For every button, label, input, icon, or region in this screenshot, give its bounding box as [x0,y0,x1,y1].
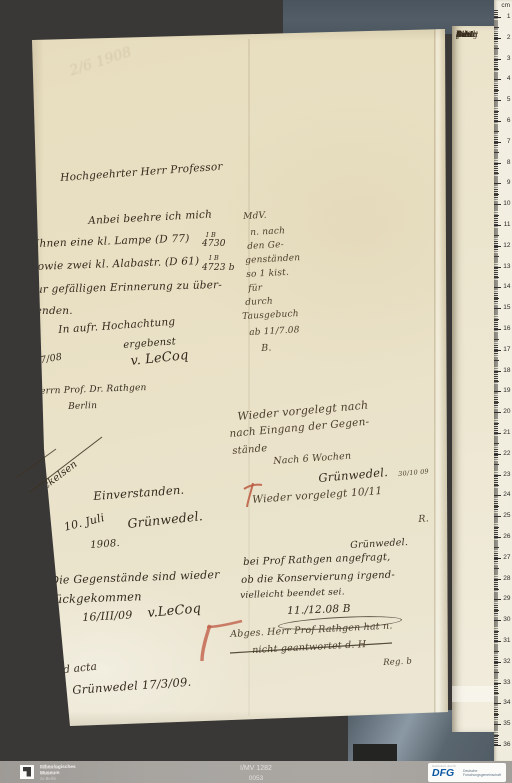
ruler-cm-number: 27 [503,555,510,562]
ruler-half-tick [494,277,499,278]
ruler-half-tick [494,547,499,548]
ruler-cm-number: 2 [507,35,511,42]
ruler-half-tick [494,381,499,382]
ruler: cm 1234567891011121314151617181920212223… [494,0,512,762]
side-note: B. [261,343,272,353]
ruler-cm-number: 34 [503,700,510,707]
ruler-half-tick [494,735,499,736]
ruler-cm-tick [494,121,501,122]
inventory-ib2-label: I B [209,255,219,262]
ruler-cm-number: 17 [503,347,510,354]
ruler-half-tick [494,215,499,216]
ruler-cm-tick [494,537,501,538]
ruler-cm-number: 6 [507,118,511,125]
ruler-cm-number: 36 [503,742,510,749]
ruler-cm-number: 5 [507,97,511,104]
ruler-half-tick [494,693,499,694]
ruler-cm-number: 35 [503,721,510,728]
ruler-half-tick [494,298,499,299]
ruler-cm-tick [494,745,501,746]
ruler-cm-number: 26 [503,534,510,541]
ruler-half-tick [494,194,499,195]
ruler-half-tick [494,568,499,569]
background-shadow-patch [353,744,397,762]
ruler-cm-tick [494,391,501,392]
ruler-cm-tick [494,620,501,621]
ruler-cm-tick [494,599,501,600]
ruler-half-tick [494,48,499,49]
ruler-cm-number: 20 [503,409,510,416]
ruler-cm-tick [494,558,501,559]
ruler-cm-number: 25 [503,513,510,520]
side-note: durch [245,298,273,308]
side-note: für [248,284,262,294]
resubmit-initial: R. [418,514,429,524]
ruler-cm-number: 22 [503,451,510,458]
ruler-cm-tick [494,495,501,496]
ruler-cm-number: 18 [503,368,510,375]
ruler-cm-number: 24 [503,492,510,499]
ruler-half-tick [494,69,499,70]
ruler-half-tick [494,27,499,28]
approval-date: 1908. [90,539,120,551]
ruler-cm-tick [494,641,501,642]
ruler-half-tick [494,485,499,486]
ruler-cm-tick [494,371,501,372]
inventory-ib1-label: I B [206,232,216,239]
ruler-cm-tick [494,475,501,476]
ruler-cm-tick [494,59,501,60]
footer-bar: Ethnologisches Museum Staatliche Museen … [0,761,512,783]
ruler-cm-number: 4 [507,76,511,83]
ruler-cm-number: 30 [503,617,510,624]
ruler-half-tick [494,423,499,424]
side-note: den Ge- [247,241,284,252]
dfg-caption-line: Forschungsgemeinschaft [463,773,501,777]
ruler-half-tick [494,235,499,236]
ruler-half-tick [494,339,499,340]
ruler-cm-number: 8 [507,160,511,167]
ruler-half-tick [494,589,499,590]
ruler-cm-number: 16 [503,326,510,333]
ruler-cm-tick [494,683,501,684]
ruler-cm-number: 28 [503,576,510,583]
ruler-half-tick [494,714,499,715]
page2-fragments: çf2⅓Dez jf mmorL Mdimi derDenmor1 Mal dL… [456,30,496,730]
ruler-half-tick [494,506,499,507]
ruler-half-tick [494,319,499,320]
body-line: senden. [30,306,73,317]
ruler-cm-number: 7 [507,139,511,146]
ruler-half-tick [494,651,499,652]
ruler-half-tick [494,360,499,361]
side-note: MdV. [243,212,267,222]
ruler-cm-tick [494,225,501,226]
ruler-cm-number: 23 [503,472,510,479]
ruler-cm-tick [494,17,501,18]
ruler-cm-number: 33 [503,680,510,687]
ruler-half-tick [494,402,499,403]
ruler-cm-number: 13 [503,264,510,271]
ruler-cm-tick [494,163,501,164]
rathgen-date: 11./12.08 B [287,604,351,617]
side-note: n. nach [250,227,285,238]
ruler-cm-tick [494,100,501,101]
ruler-cm-number: 9 [507,180,511,187]
ruler-cm-number: 14 [503,284,510,291]
ruler-half-tick [494,256,499,257]
ruler-half-tick [494,443,499,444]
ruler-cm-number: 1 [507,14,511,21]
ruler-cm-tick [494,246,501,247]
scanned-document-viewer: çf2⅓Dez jf mmorL Mdimi derDenmor1 Mal dL… [0,0,512,783]
ruler-cm-number: 29 [503,596,510,603]
ruler-cm-number: 11 [504,222,511,229]
ruler-half-tick [494,527,499,528]
ruler-cm-tick [494,267,501,268]
ruler-half-tick [494,111,499,112]
ruler-cm-tick [494,703,501,704]
ruler-cm-number: 10 [503,201,510,208]
crossed-line: Reg. b [383,657,412,667]
ruler-cm-tick [494,183,501,184]
ruler-cm-tick [494,287,501,288]
page2-text-fragment: lei [456,30,467,51]
ruler-half-tick [494,152,499,153]
dfg-logo-block: Gefördert durch DFG Deutsche Forschungsg… [428,763,506,782]
ruler-cm-number: 31 [503,638,510,645]
ruler-cm-number: 3 [507,56,511,63]
ruler-cm-tick [494,308,501,309]
page2-text-fragment [456,30,457,51]
pencil-margin-note: 42 [36,699,47,710]
ruler-cm-number: 12 [503,243,510,250]
dfg-logo: DFG [432,767,454,779]
ruler-half-tick [494,90,499,91]
dfg-caption: Deutsche Forschungsgemeinschaft [463,769,501,777]
inventory-ib2-number: 4723 b [202,264,235,273]
ruler-cm-tick [494,579,501,580]
address-line: Berlin [68,402,97,412]
ruler-cm-tick [494,662,501,663]
ruler-cm-number: 15 [503,305,510,312]
ruler-half-tick [494,610,499,611]
ruler-half-tick [494,173,499,174]
ruler-cm-tick [494,350,501,351]
pencil-margin-note: 14 0873 [26,669,41,699]
ruler-cm-tick [494,142,501,143]
ruler-cm-number: 21 [503,430,510,437]
ruler-cm-tick [494,412,501,413]
ruler-half-tick [494,631,499,632]
ruler-cm-tick [494,38,501,39]
ruler-half-tick [494,464,499,465]
ruler-cm-tick [494,724,501,725]
ruler-half-tick [494,672,499,673]
ruler-cm-tick [494,454,501,455]
ruler-unit-label: cm [501,2,510,9]
inventory-ib1-number: 4730 [202,240,226,249]
ruler-half-tick [494,131,499,132]
ruler-cm-tick [494,79,501,80]
document-page: 2/6 1908 Hochgeehrter Herr Professor Anb… [30,29,450,727]
ruler-cm-number: 19 [503,388,510,395]
ruler-cm-tick [494,516,501,517]
ruler-cm-tick [494,204,501,205]
ruler-cm-tick [494,329,501,330]
return-date: 16/III/09 [82,609,133,623]
ruler-cm-number: 32 [503,659,510,666]
ruler-cm-tick [494,433,501,434]
